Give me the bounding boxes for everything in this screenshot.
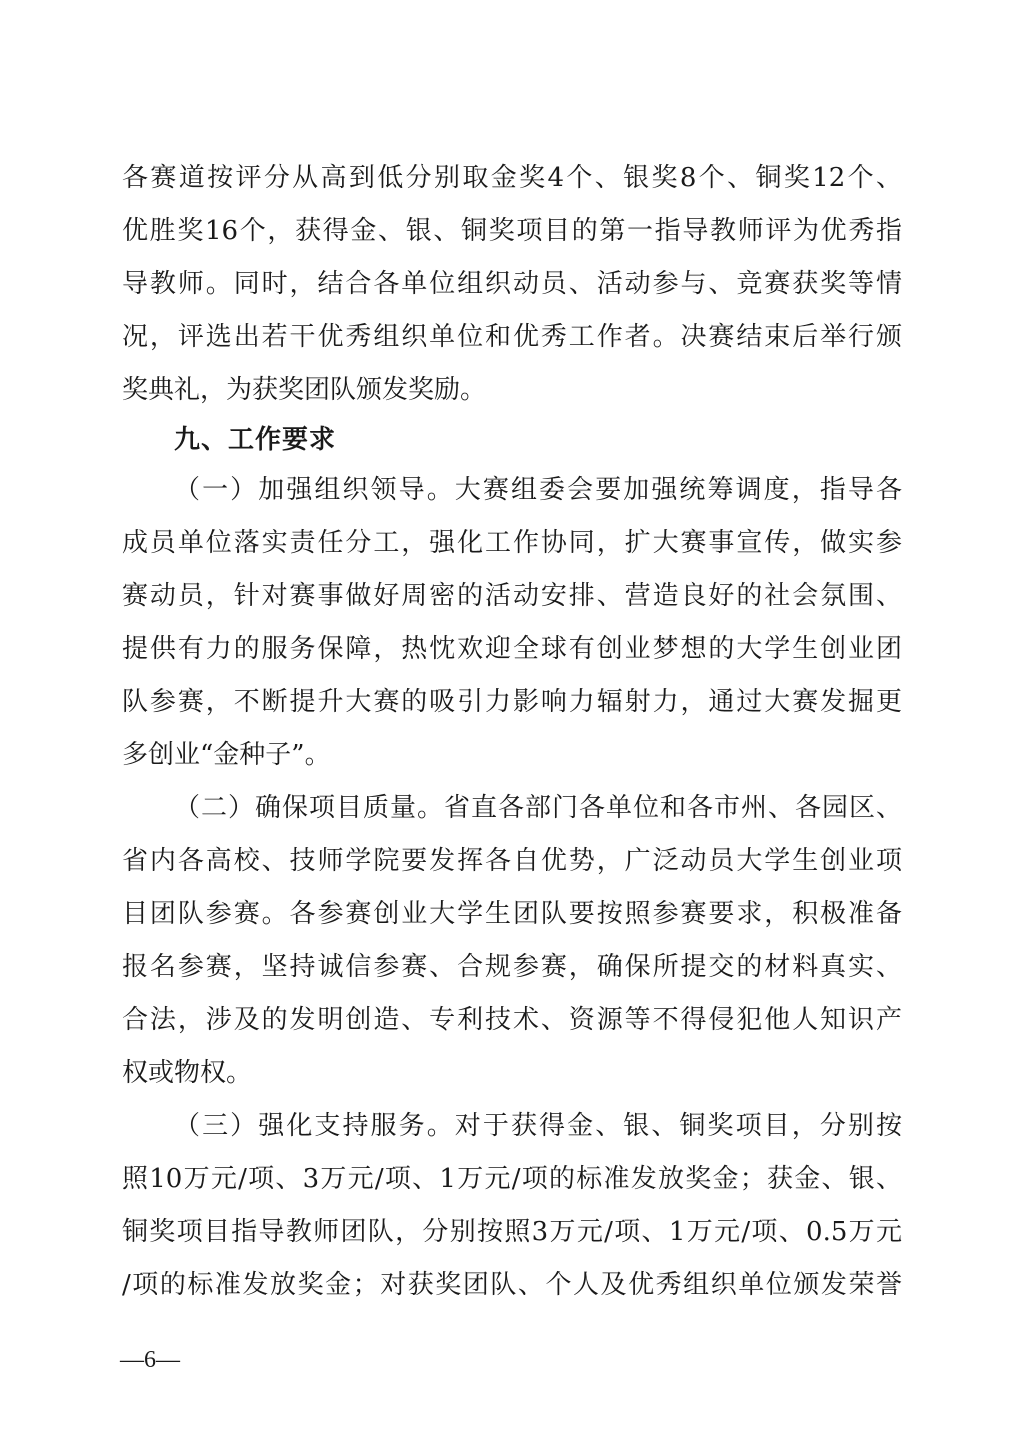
subsection-text: 省直各部门各单位和各市州、各园区、 xyxy=(444,793,902,823)
body-text-line: 权或物权。 xyxy=(122,1053,902,1093)
document-page: 各赛道按评分从高到低分别取金奖4个、银奖8个、铜奖12个、 优胜奖16个，获得金… xyxy=(0,0,1024,1448)
body-text-line: 照10万元/项、3万元/项、1万元/项的标准发放奖金；获金、银、 xyxy=(122,1159,902,1199)
body-text-line: 提供有力的服务保障，热忱欢迎全球有创业梦想的大学生创业团 xyxy=(122,629,902,669)
section-heading: 九、工作要求 xyxy=(174,420,336,460)
subsection-lead: （一）加强组织领导。 xyxy=(174,475,455,505)
subsection-lead: （二）确保项目质量。 xyxy=(174,793,444,823)
subsection-text: 对于获得金、银、铜奖项目，分别按 xyxy=(455,1111,902,1141)
body-text-line: 各赛道按评分从高到低分别取金奖4个、银奖8个、铜奖12个、 xyxy=(122,158,902,198)
body-text-line: 省内各高校、技师学院要发挥各自优势，广泛动员大学生创业项 xyxy=(122,841,902,881)
body-text-line: 况，评选出若干优秀组织单位和优秀工作者。决赛结束后举行颁 xyxy=(122,317,902,357)
subsection-first-line: （三）强化支持服务。对于获得金、银、铜奖项目，分别按 xyxy=(174,1106,902,1146)
body-text-line: 队参赛，不断提升大赛的吸引力影响力辐射力，通过大赛发掘更 xyxy=(122,682,902,722)
body-text-line: 多创业“金种子”。 xyxy=(122,735,902,775)
body-text-line: /项的标准发放奖金；对获奖团队、个人及优秀组织单位颁发荣誉 xyxy=(122,1265,902,1305)
body-text-line: 导教师。同时，结合各单位组织动员、活动参与、竞赛获奖等情 xyxy=(122,264,902,304)
body-text-line: 报名参赛，坚持诚信参赛、合规参赛，确保所提交的材料真实、 xyxy=(122,947,902,987)
body-text-line: 奖典礼，为获奖团队颁发奖励。 xyxy=(122,370,902,410)
page-number: —6— xyxy=(120,1345,180,1375)
subsection-text: 大赛组委会要加强统筹调度，指导各 xyxy=(455,475,902,505)
body-text-line: 成员单位落实责任分工，强化工作协同，扩大赛事宣传，做实参 xyxy=(122,523,902,563)
body-text-line: 铜奖项目指导教师团队，分别按照3万元/项、1万元/项、0.5万元 xyxy=(122,1212,902,1252)
body-text-line: 合法，涉及的发明创造、专利技术、资源等不得侵犯他人知识产 xyxy=(122,1000,902,1040)
subsection-lead: （三）强化支持服务。 xyxy=(174,1111,455,1141)
body-text-line: 目团队参赛。各参赛创业大学生团队要按照参赛要求，积极准备 xyxy=(122,894,902,934)
subsection-first-line: （一）加强组织领导。大赛组委会要加强统筹调度，指导各 xyxy=(174,470,902,510)
subsection-first-line: （二）确保项目质量。省直各部门各单位和各市州、各园区、 xyxy=(174,788,902,828)
body-text-line: 优胜奖16个，获得金、银、铜奖项目的第一指导教师评为优秀指 xyxy=(122,211,902,251)
body-text-line: 赛动员，针对赛事做好周密的活动安排、营造良好的社会氛围、 xyxy=(122,576,902,616)
